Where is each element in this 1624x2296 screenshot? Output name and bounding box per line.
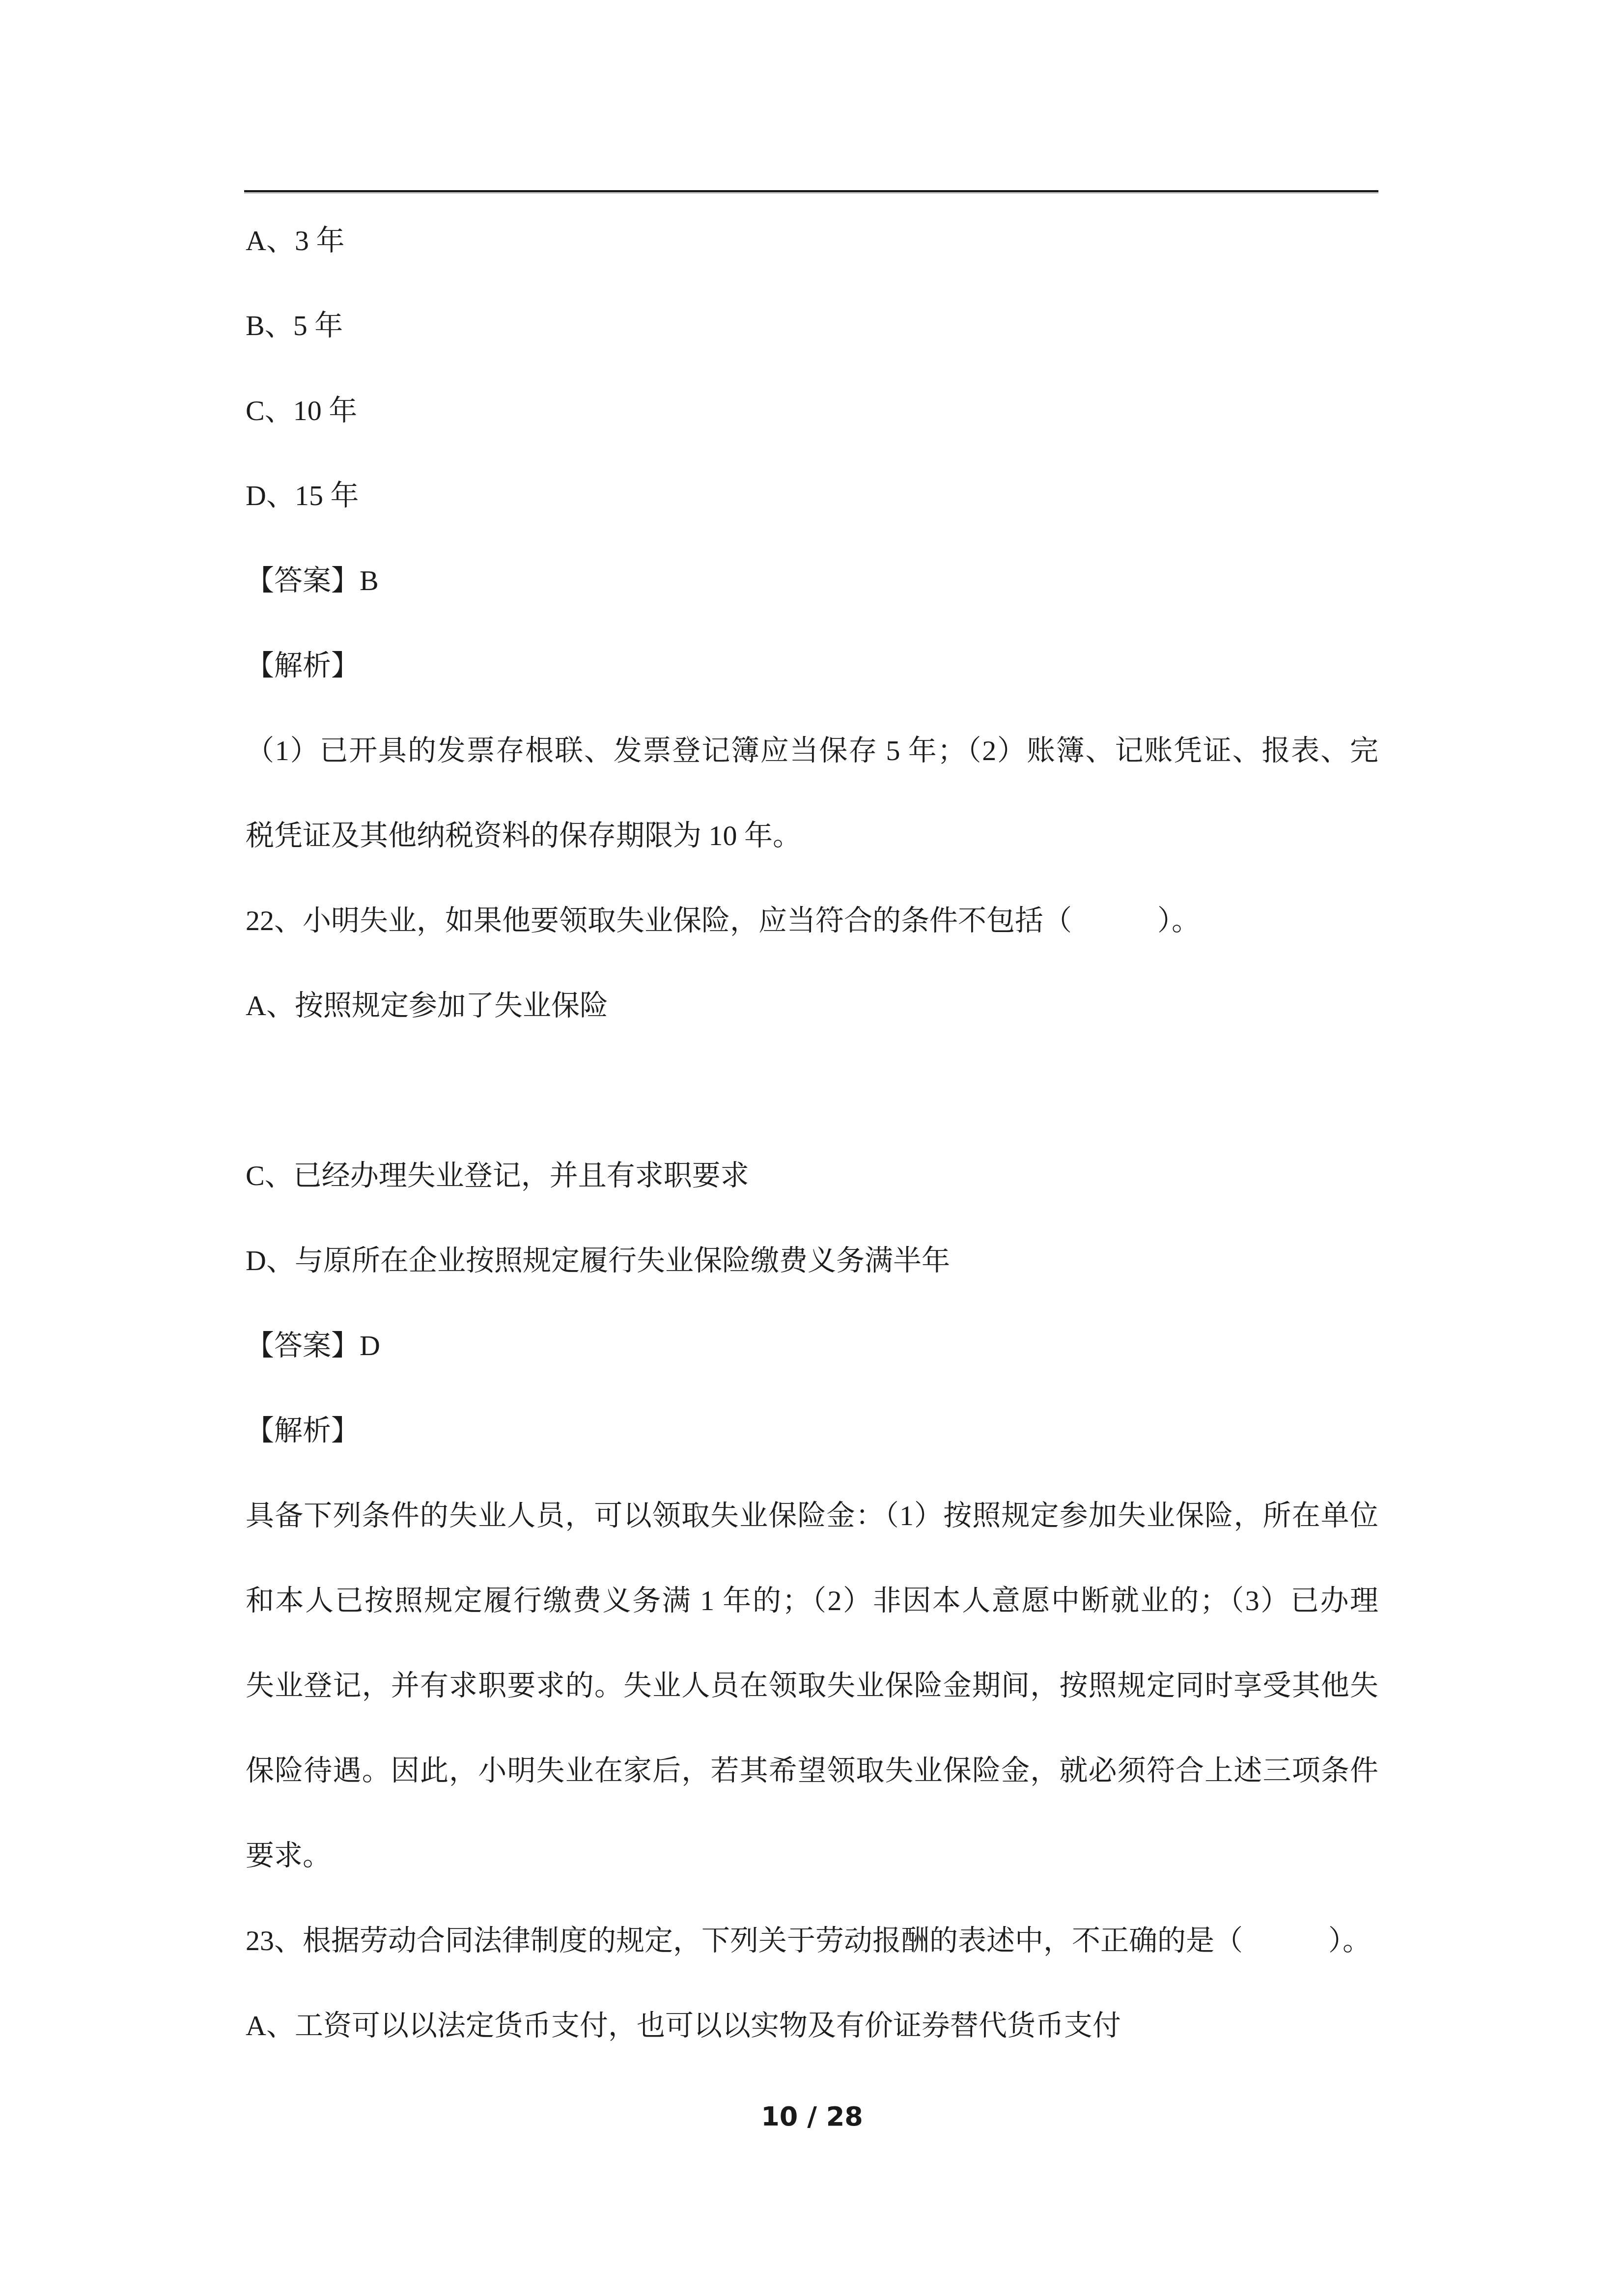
option-line: A、工资可以以法定货币支付，也可以以实物及有价证券替代货币支付 — [246, 1983, 1378, 2068]
option-line: C、已经办理失业登记，并且有求职要求 — [246, 1133, 1378, 1218]
option-line: D、与原所在企业按照规定履行失业保险缴费义务满半年 — [246, 1218, 1378, 1303]
header-rule-divider — [244, 190, 1378, 194]
analysis-text-line: 具备下列条件的失业人员，可以领取失业保险金：（1）按照规定参加失业保险，所在单位 — [246, 1473, 1378, 1558]
analysis-text-line: 和本人已按照规定履行缴费义务满 1 年的；（2）非因本人意愿中断就业的；（3）已… — [246, 1558, 1378, 1643]
analysis-text-line: 要求。 — [246, 1813, 1378, 1898]
blank-line — [246, 1048, 1378, 1133]
answer-line: 【答案】D — [246, 1303, 1378, 1388]
answer-line: 【答案】B — [246, 538, 1378, 623]
question-line: 22、小明失业，如果他要领取失业保险，应当符合的条件不包括（ ）。 — [246, 878, 1378, 963]
option-line: B、5 年 — [246, 283, 1378, 368]
option-line: A、按照规定参加了失业保险 — [246, 963, 1378, 1048]
analysis-text-line: （1）已开具的发票存根联、发票登记簿应当保存 5 年；（2）账簿、记账凭证、报表… — [246, 708, 1378, 793]
analysis-label: 【解析】 — [246, 1388, 1378, 1473]
analysis-text-line: 失业登记，并有求职要求的。失业人员在领取失业保险金期间，按照规定同时享受其他失业 — [246, 1643, 1378, 1728]
page-number: 10 / 28 — [0, 2092, 1624, 2141]
option-line: D、15 年 — [246, 453, 1378, 538]
analysis-text-line: 税凭证及其他纳税资料的保存期限为 10 年。 — [246, 793, 1378, 878]
document-body: A、3 年 B、5 年 C、10 年 D、15 年 【答案】B 【解析】 （1）… — [246, 198, 1378, 2068]
analysis-label: 【解析】 — [246, 623, 1378, 708]
option-line: A、3 年 — [246, 198, 1378, 283]
analysis-text-line: 保险待遇。因此，小明失业在家后，若其希望领取失业保险金，就必须符合上述三项条件的 — [246, 1728, 1378, 1813]
question-line: 23、根据劳动合同法律制度的规定，下列关于劳动报酬的表述中，不正确的是（ ）。 — [246, 1898, 1378, 1983]
document-page: A、3 年 B、5 年 C、10 年 D、15 年 【答案】B 【解析】 （1）… — [0, 0, 1624, 2296]
option-line: C、10 年 — [246, 368, 1378, 453]
